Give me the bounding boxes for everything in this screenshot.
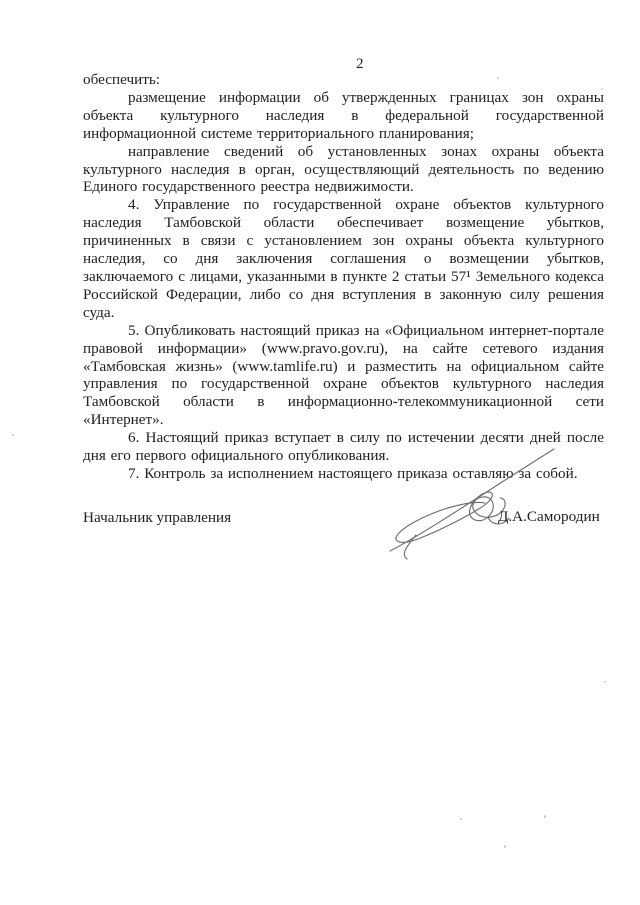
scan-speck bbox=[497, 77, 499, 79]
scan-speck bbox=[460, 818, 462, 820]
document-body: обеспечить: размещение информации об утв… bbox=[83, 71, 604, 483]
paragraph-placement-info: размещение информации об утвержденных гр… bbox=[83, 89, 604, 143]
paragraph-item-5: 5. Опубликовать настоящий приказ на «Офи… bbox=[83, 322, 604, 429]
signatory-name: Д.А.Самородин bbox=[498, 508, 600, 526]
signature-autograph bbox=[384, 441, 559, 566]
scan-speck bbox=[601, 88, 603, 90]
scan-speck bbox=[12, 434, 14, 436]
paragraph-egrn-info: направление сведений об установленных зо… bbox=[83, 143, 604, 197]
paragraph-lead-in: обеспечить: bbox=[83, 71, 604, 89]
document-page: 2 обеспечить: размещение информации об у… bbox=[0, 0, 640, 905]
scan-speck bbox=[544, 815, 546, 818]
scan-speck bbox=[504, 845, 506, 848]
paragraph-item-4: 4. Управление по государственной охране … bbox=[83, 196, 604, 321]
signatory-title: Начальник управления bbox=[83, 509, 231, 527]
scan-speck bbox=[604, 681, 606, 683]
